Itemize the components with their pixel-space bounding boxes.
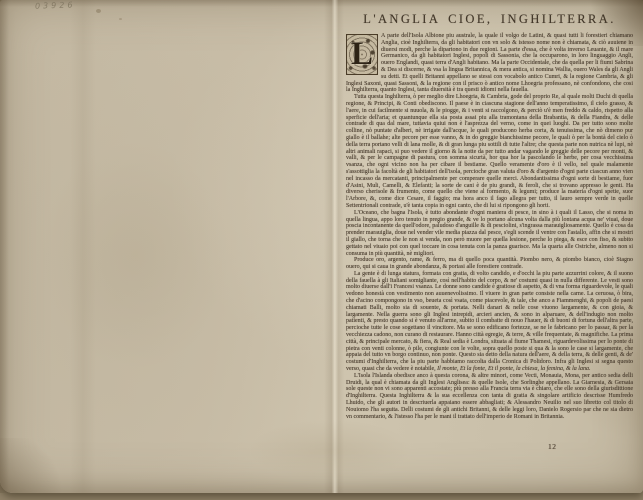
- corner-shadow-bottom-left: [0, 438, 70, 493]
- paragraph-1-text: A parte dell'Isola Albione piu australe,…: [346, 33, 633, 93]
- paragraph-5: La gente è di lunga statura, formata con…: [346, 271, 633, 373]
- pencil-inventory-number: 03926: [35, 0, 76, 10]
- paragraph-6: L'Isola l'Islanda obedisce anco à questa…: [346, 373, 633, 421]
- paper-sheet: 03926 L'ANGLIA CIOE, INGHILTERRA. LA par…: [0, 0, 643, 493]
- paragraph-4: Produce oro, argento, rame, & ferro, ma …: [346, 257, 633, 271]
- drop-cap-initial: L: [346, 34, 378, 75]
- paper-top-edge-shadow: [0, 0, 643, 7]
- paragraph-3: L'Oceano, che bagna l'Isola, è tutto abo…: [346, 210, 633, 258]
- paragraph-1: LA parte dell'Isola Albione piu australe…: [346, 33, 633, 94]
- paragraph-5-text: La gente è di lunga statura, formata con…: [346, 271, 633, 372]
- paper-stain: [40, 140, 230, 370]
- page-title: L'ANGLIA CIOE, INGHILTERRA.: [346, 12, 633, 27]
- paper-stain: [250, 420, 410, 480]
- verse-line: Il monte, Et la fonte, Et il ponte, la c…: [437, 366, 590, 372]
- scanned-book-page: 03926 L'ANGLIA CIOE, INGHILTERRA. LA par…: [0, 0, 643, 500]
- text-column: LA parte dell'Isola Albione piu australe…: [346, 33, 633, 420]
- paragraph-2: Tutta questa Inghilterra, ò per meglio d…: [346, 94, 633, 210]
- ink-speckles: [96, 9, 101, 13]
- paper-left-edge-shadow: [0, 0, 9, 493]
- page-number: 12: [548, 442, 557, 451]
